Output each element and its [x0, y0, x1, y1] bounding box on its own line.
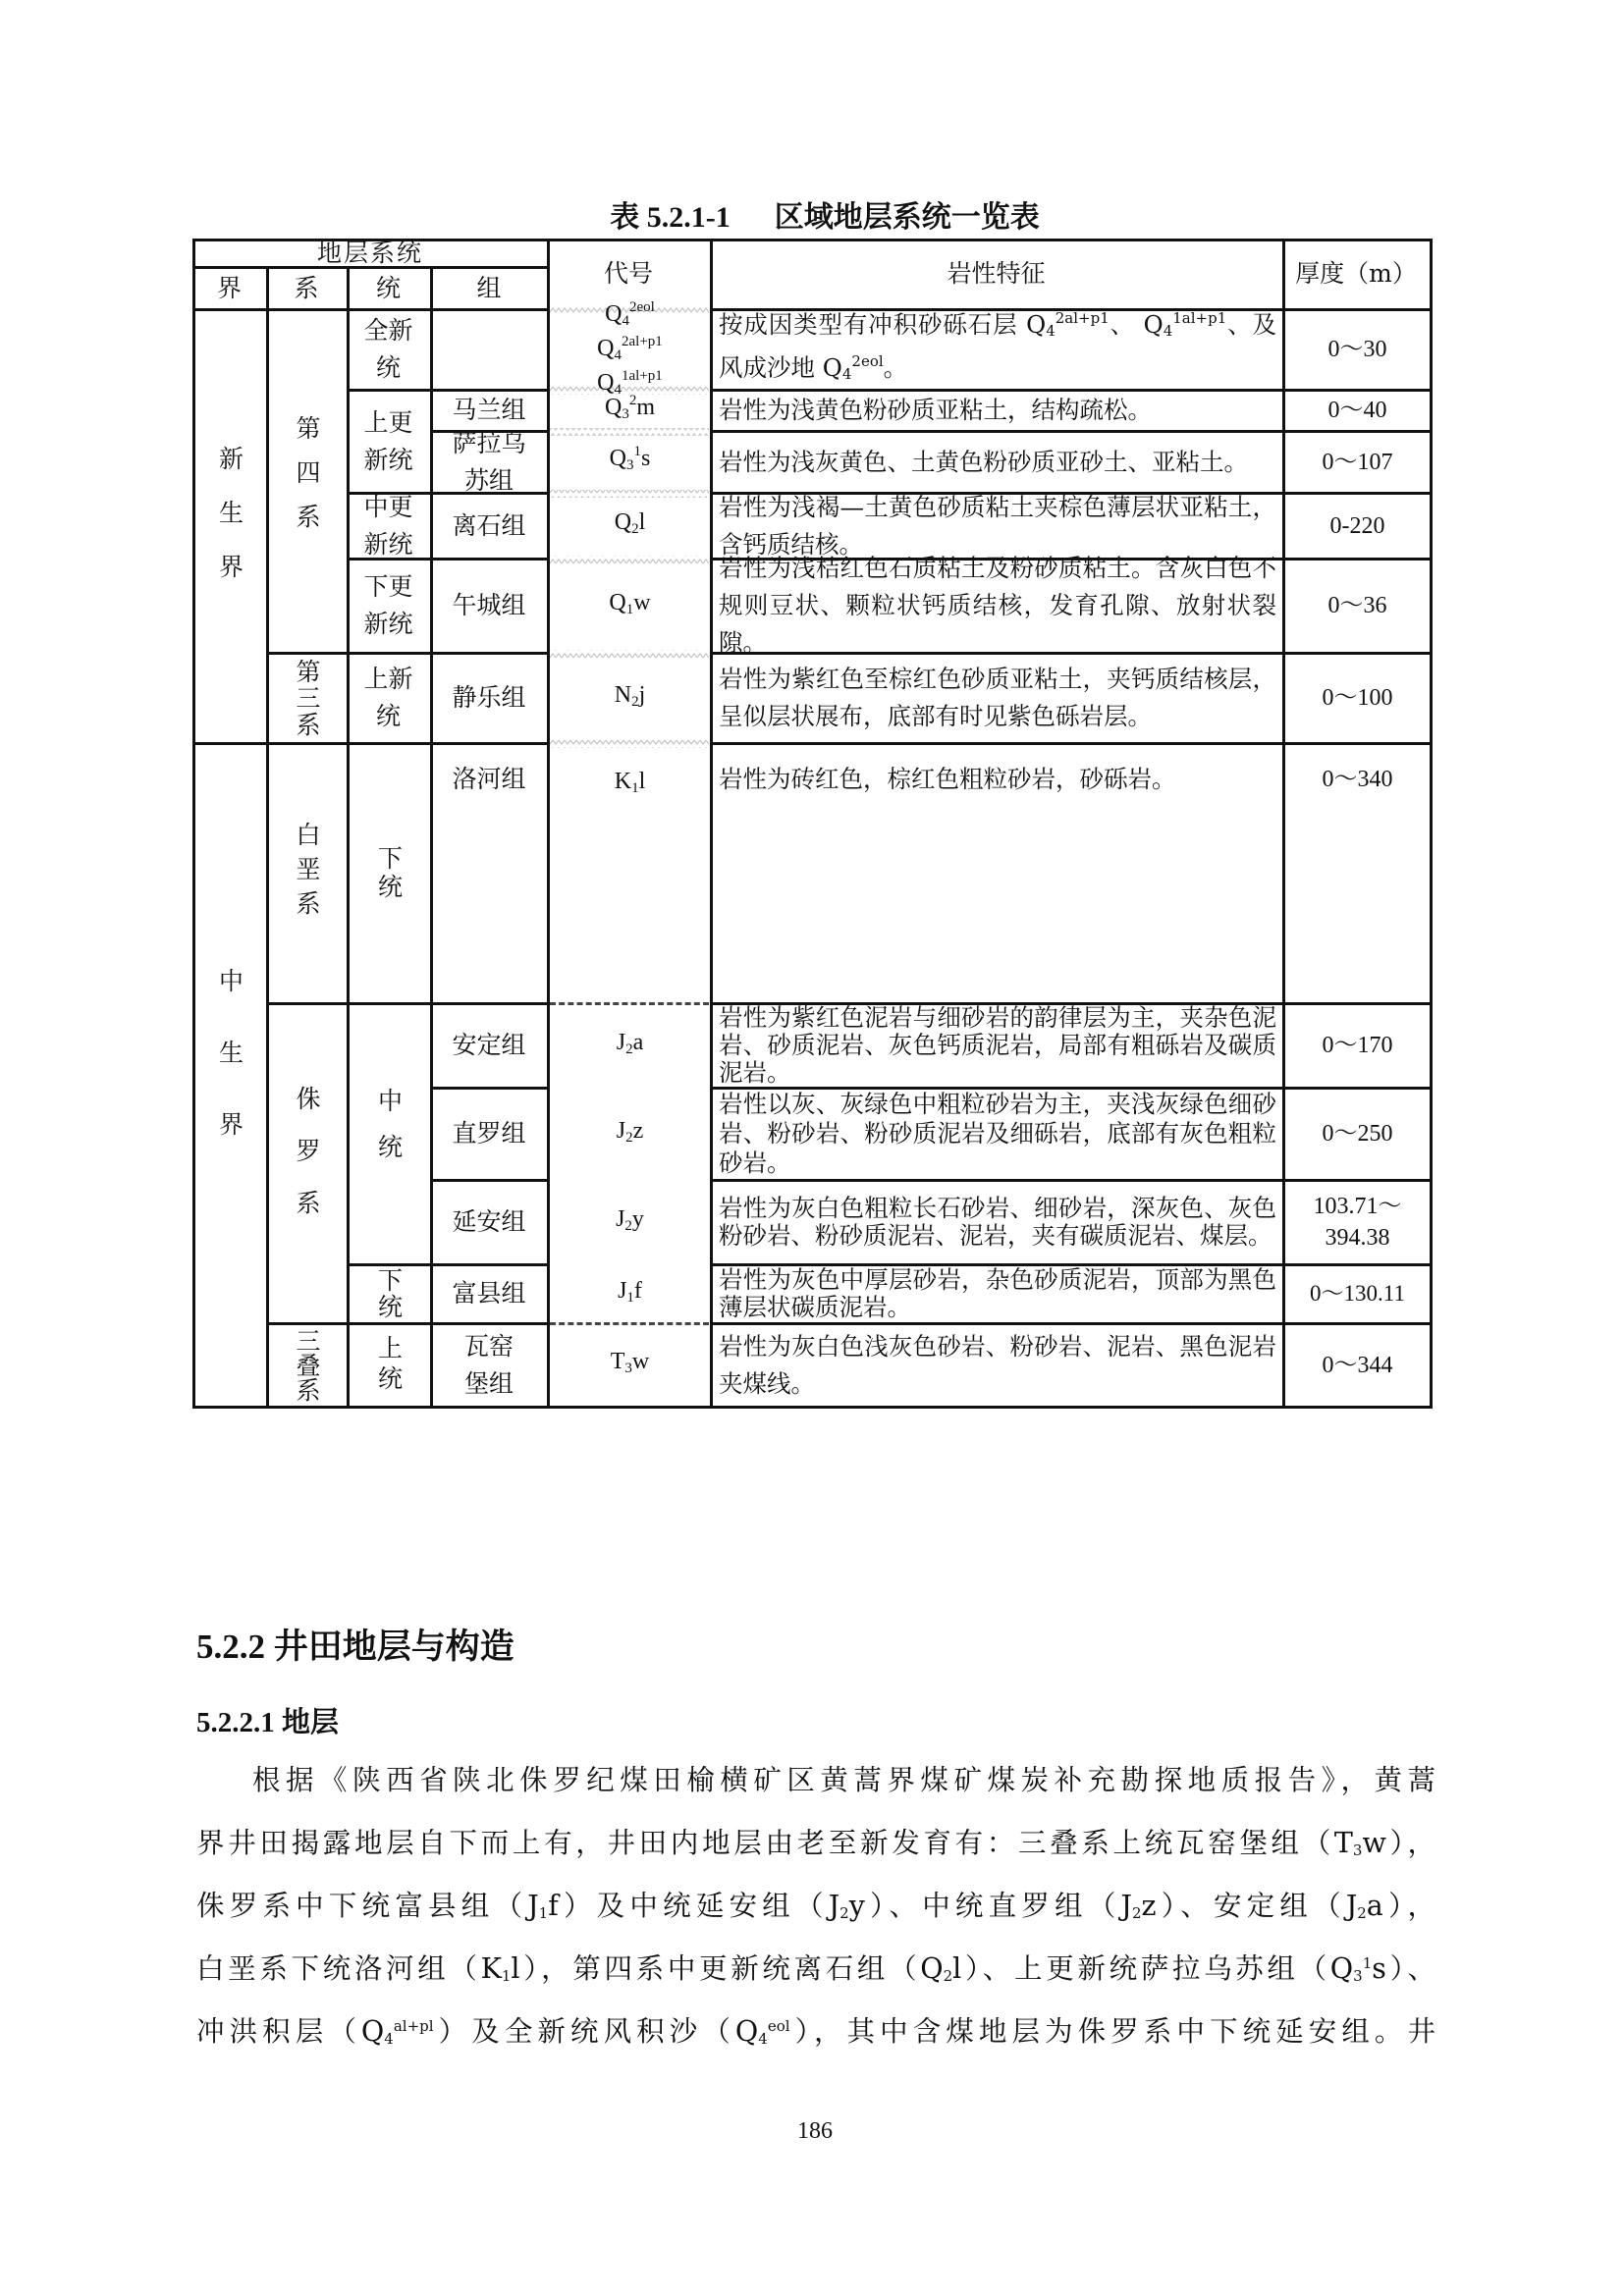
lithology-cell: 岩性为浅桔红色石质粘土及粉砂质粘土。含灰白色不规则豆状、颗粒状钙质结核，发育孔隙… [713, 559, 1282, 653]
code-cell: Q2l [550, 493, 710, 559]
thickness-cell: 0～344 [1285, 1323, 1430, 1407]
formation-cell: 萨拉乌苏组 [430, 431, 548, 493]
era-cell: 新生界 [192, 309, 266, 743]
series-lower-jurassic: 下统 [370, 1267, 407, 1320]
formation-cell: 安定组 [430, 1003, 548, 1088]
era-cenozoic: 新生界 [215, 446, 244, 608]
thickness-cell: 0～170 [1285, 1003, 1430, 1088]
formation-cell: 离石组 [430, 493, 548, 559]
series-cell: 上统 [347, 1323, 430, 1407]
page-number: 186 [687, 2118, 943, 2145]
system-cretaceous: 白垩系 [288, 822, 325, 925]
section-heading: 5.2.2 井田地层与构造 [196, 1620, 514, 1669]
thickness-cell: 0～100 [1285, 653, 1430, 743]
table-border-right [1430, 239, 1433, 1409]
lithology-cell: 岩性为砖红色，棕红色粗粒砂岩，砂砾岩。 [713, 743, 1282, 1003]
header-code: 代号 [547, 239, 710, 309]
series-cell: 中统 [347, 1003, 430, 1264]
system-cell: 侏罗系 [266, 1003, 347, 1323]
system-jurassic: 侏罗系 [292, 1086, 321, 1242]
header-jie: 界 [192, 267, 266, 309]
thickness-cell: 0～107 [1285, 431, 1430, 493]
formation-cell: 富县组 [430, 1264, 548, 1323]
series-middle-pleistocene: 中更新统 [347, 493, 430, 559]
system-cell: 白垩系 [266, 743, 347, 1003]
formation-cell: 静乐组 [430, 653, 548, 743]
series-upper-triassic: 上统 [370, 1335, 407, 1396]
system-tertiary: 第三系 [292, 659, 321, 738]
thickness-cell: 0～30 [1285, 309, 1430, 390]
subsection-heading: 5.2.2.1 地层 [196, 1700, 339, 1740]
series-upper-pleistocene: 上更新统 [347, 390, 430, 493]
lithology-cell: 岩性为灰白色浅灰色砂岩、粉砂岩、泥岩、黑色泥岩夹煤线。 [713, 1323, 1282, 1407]
code-cell: J1f [550, 1264, 710, 1323]
lithology-cell: 岩性以灰、灰绿色中粗粒砂岩为主，夹浅灰绿色细砂岩、粉砂岩、粉砂质泥岩及细砾岩，底… [713, 1088, 1282, 1180]
header-thickness: 厚度（m） [1282, 239, 1430, 309]
code-cell: Q42eol Q42al+p1 Q41al+p1 [550, 314, 710, 390]
thickness-cell: 0～250 [1285, 1088, 1430, 1180]
code-cell: Q31s [550, 431, 710, 493]
code-cell: J2y [550, 1180, 710, 1264]
formation-cell [430, 309, 548, 390]
lithology-cell: 岩性为浅褐—土黄色砂质粘土夹棕色薄层状亚粘土，含钙质结核。 [713, 493, 1282, 559]
system-triassic: 三叠系 [293, 1328, 320, 1402]
thickness-cell: 0～40 [1285, 390, 1430, 431]
era-mesozoic: 中生界 [215, 968, 244, 1183]
thickness-cell: 0～130.11 [1285, 1264, 1430, 1323]
header-strata-system: 地层系统 [192, 239, 548, 268]
system-quaternary: 第四系 [292, 415, 321, 548]
series-holocene: 全新统 [347, 309, 430, 390]
system-cell: 第四系 [266, 309, 347, 653]
code-cell: J2z [550, 1088, 710, 1180]
formation-cell: 午城组 [430, 559, 548, 653]
header-lithology: 岩性特征 [710, 239, 1282, 309]
paragraph-line: 根据《陕西省陕北侏罗纪煤田榆横矿区黄蒿界煤矿煤炭补充勘探地质报告》，黄蒿 [196, 1749, 1435, 1812]
code-cell: Q32m [550, 390, 710, 431]
formation-cell: 瓦窑堡组 [430, 1323, 548, 1407]
lithology-cell: 岩性为浅灰黄色、土黄色粉砂质亚砂土、亚粘土。 [713, 431, 1282, 493]
series-cell: 下统 [347, 743, 430, 1003]
system-cell: 三叠系 [266, 1323, 347, 1407]
lithology-cell: 岩性为灰白色粗粒长石砂岩、细砂岩，深灰色、灰色粉砂岩、粉砂质泥岩、泥岩，夹有碳质… [713, 1180, 1282, 1264]
series-lower-pleistocene: 下更新统 [347, 559, 430, 653]
thickness-cell: 0-220 [1285, 493, 1430, 559]
code-cell: T3w [550, 1323, 710, 1407]
lithology-cell: 岩性为紫红色至棕红色砂质亚粘土，夹钙质结核层，呈似层状展布，底部有时见紫色砾岩层… [713, 653, 1282, 743]
thickness-cell: 0～36 [1285, 559, 1430, 653]
code-line: Q42eol [605, 300, 655, 335]
system-cell: 第三系 [266, 653, 347, 743]
lithology-cell: 岩性为灰色中厚层砂岩，杂色砂质泥岩，顶部为黑色薄层状碳质泥岩。 [713, 1264, 1282, 1323]
header-tong: 统 [347, 267, 430, 309]
lithology-text: 按成因类型有冲积砂砾石层 Q42al+p1、 Q41al+p1、及风成沙地 Q4… [719, 306, 1276, 393]
paragraph-line: 冲洪积层（Q4al+pl）及全新统风积沙（Q4eol），其中含煤地层为侏罗系中下… [196, 2001, 1435, 2070]
formation-cell: 洛河组 [430, 743, 548, 1003]
formation-cell: 直罗组 [430, 1088, 548, 1180]
series-lower-cretaceous: 下统 [370, 845, 407, 902]
series-pliocene: 上新统 [347, 653, 430, 743]
thickness-cell: 103.71～394.38 [1285, 1180, 1430, 1264]
paragraph-line: 白垩系下统洛河组（K1l），第四系中更新统离石组（Q2l）、上更新统萨拉乌苏组（… [196, 1938, 1435, 2007]
header-zu: 组 [430, 267, 548, 309]
series-middle-jurassic: 中统 [374, 1088, 404, 1180]
code-cell: J2a [550, 1003, 710, 1088]
code-cell: N2j [550, 653, 710, 743]
thickness-cell: 0～340 [1285, 743, 1430, 1003]
lithology-cell: 按成因类型有冲积砂砾石层 Q42al+p1、 Q41al+p1、及风成沙地 Q4… [713, 309, 1282, 390]
paragraph-line: 界井田揭露地层自下而上有，井田内地层由老至新发育有：三叠系上统瓦窑堡组（T3w）… [196, 1812, 1435, 1882]
formation-cell: 延安组 [430, 1180, 548, 1264]
paragraph-line: 侏罗系中下统富县组（J1f）及中统延安组（J2y）、中统直罗组（J2z）、安定组… [196, 1875, 1435, 1945]
lithology-cell: 岩性为紫红色泥岩与细砂岩的韵律层为主，夹杂色泥岩、砂质泥岩、灰色钙质泥岩，局部有… [713, 1003, 1282, 1088]
code-cell: K1l [550, 743, 710, 1003]
series-cell: 下统 [347, 1264, 430, 1323]
lithology-cell: 岩性为浅黄色粉砂质亚粘土，结构疏松。 [713, 390, 1282, 431]
era-cell: 中生界 [192, 743, 266, 1407]
header-xi: 系 [266, 267, 347, 309]
code-line: Q42al+p1 [597, 335, 663, 369]
code-cell: Q1w [550, 559, 710, 653]
